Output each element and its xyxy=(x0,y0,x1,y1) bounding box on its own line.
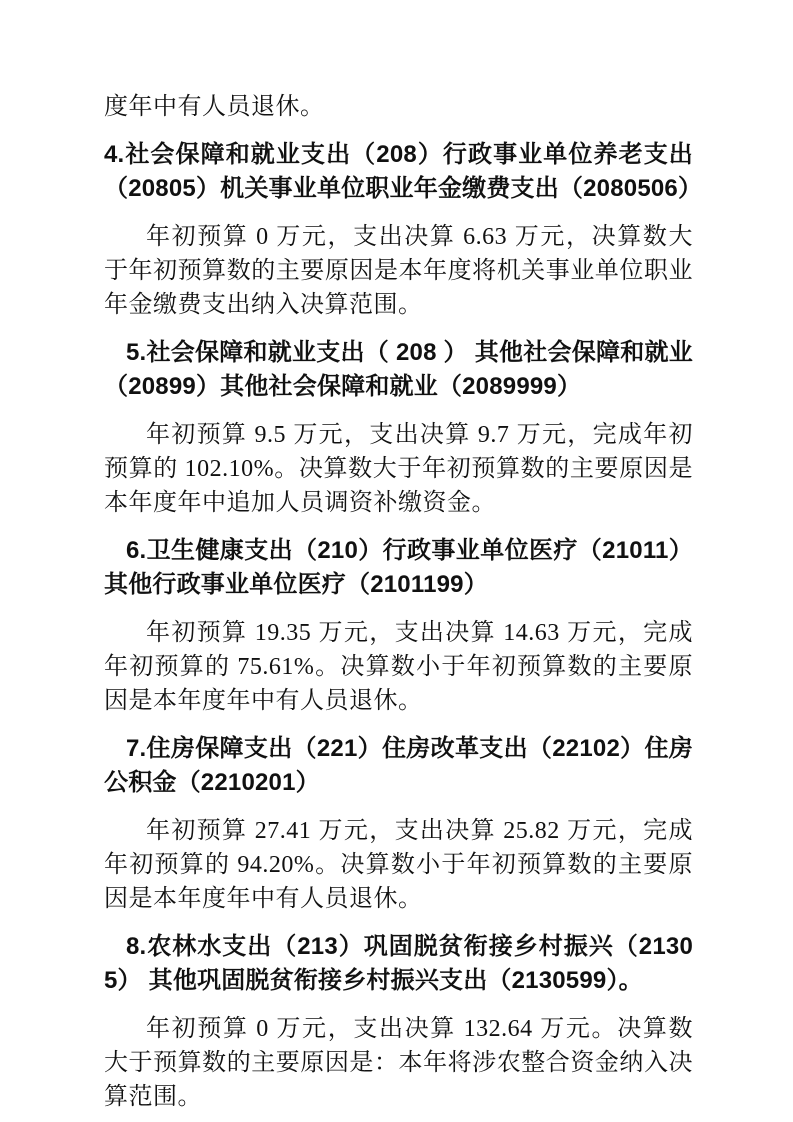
carryover-paragraph-line: 度年中有人员退休。 xyxy=(104,90,693,124)
section-7-paragraph: 年初预算 27.41 万元，支出决算 25.82 万元，完成年初预算的 94.2… xyxy=(104,814,693,916)
section-5-paragraph: 年初预算 9.5 万元，支出决算 9.7 万元，完成年初预算的 102.10%。… xyxy=(104,418,693,520)
section-8-heading: 8.农林水支出（213）巩固脱贫衔接乡村振兴（21305） 其他巩固脱贫衔接乡村… xyxy=(104,930,693,998)
document-page: 度年中有人员退休。 4.社会保障和就业支出（208）行政事业单位养老支出（208… xyxy=(0,0,793,1122)
section-6-paragraph: 年初预算 19.35 万元，支出决算 14.63 万元，完成年初预算的 75.6… xyxy=(104,616,693,718)
section-5-heading: 5.社会保障和就业支出（ 208 ） 其他社会保障和就业（20899）其他社会保… xyxy=(104,336,693,404)
section-7-heading: 7.住房保障支出（221）住房改革支出（22102）住房公积金（2210201） xyxy=(104,732,693,800)
section-4-heading: 4.社会保障和就业支出（208）行政事业单位养老支出（20805）机关事业单位职… xyxy=(104,138,693,206)
section-4-paragraph: 年初预算 0 万元，支出决算 6.63 万元，决算数大于年初预算数的主要原因是本… xyxy=(104,220,693,322)
section-8-paragraph: 年初预算 0 万元，支出决算 132.64 万元。决算数大于预算数的主要原因是：… xyxy=(104,1012,693,1114)
section-6-heading: 6.卫生健康支出（210）行政事业单位医疗（21011）其他行政事业单位医疗（2… xyxy=(104,534,693,602)
